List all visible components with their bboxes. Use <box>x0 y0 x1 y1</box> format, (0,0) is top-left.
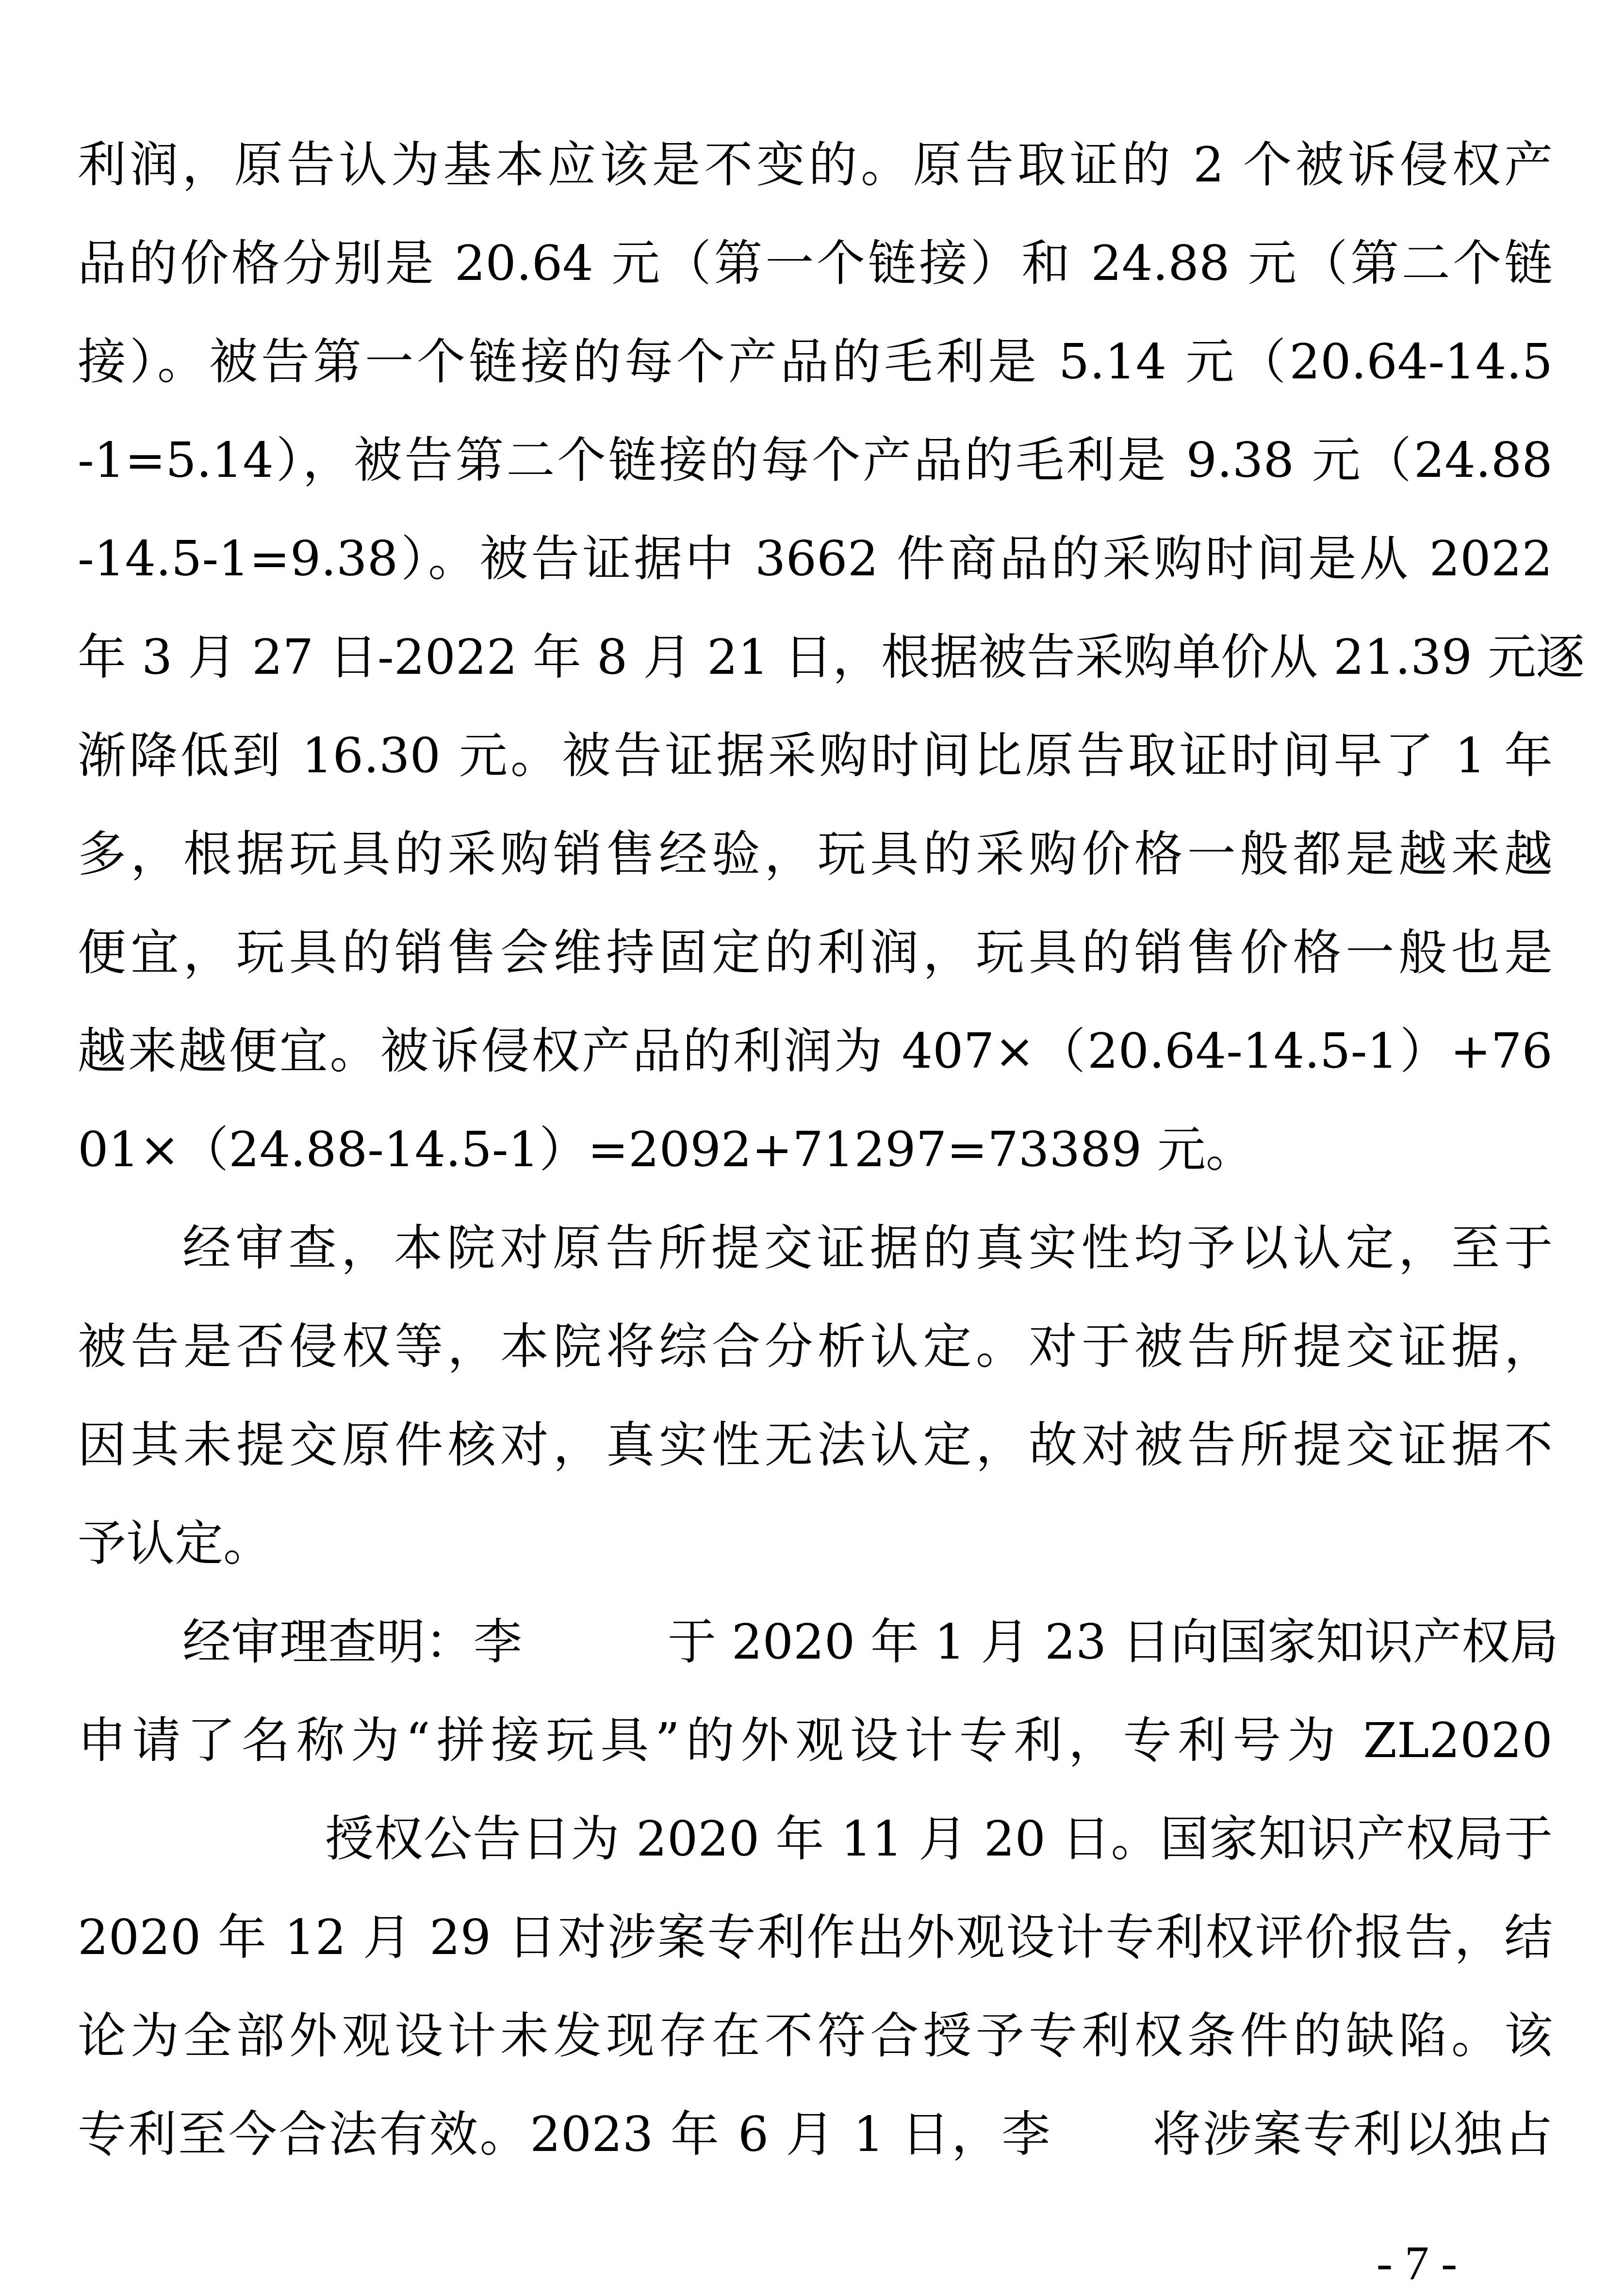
document-page: 利润，原告认为基本应该是不变的。原告取证的 2 个被诉侵权产 品的价格分别是 2… <box>0 0 1624 2296</box>
text-line: 专利至今合法有效。2023 年 6 月 1 日，李 将涉案专利以独占 <box>78 2085 1553 2183</box>
text-line: 越来越便宜。被诉侵权产品的利润为 407×（20.64-14.5-1）+76 <box>78 1002 1553 1100</box>
text-line: 经审理查明：李 于 2020 年 1 月 23 日向国家知识产权局 <box>78 1593 1553 1691</box>
text-line: 论为全部外观设计未发现存在不符合授予专利权条件的缺陷。该 <box>78 1987 1553 2085</box>
text-line: 经审查，本院对原告所提交证据的真实性均予以认定，至于 <box>78 1199 1553 1297</box>
text-line: 予认定。 <box>78 1494 1553 1593</box>
text-line: 被告是否侵权等，本院将综合分析认定。对于被告所提交证据， <box>78 1297 1553 1396</box>
paragraph-court-evidence-review: 经审查，本院对原告所提交证据的真实性均予以认定，至于 被告是否侵权等，本院将综合… <box>78 1199 1553 1593</box>
text-line: 多，根据玩具的采购销售经验，玩具的采购价格一般都是越来越 <box>78 805 1553 903</box>
text-line: -1=5.14），被告第二个链接的每个产品的毛利是 9.38 元（24.88 <box>78 411 1553 509</box>
text-line: 01×（24.88-14.5-1）=2092+71297=73389 元。 <box>78 1100 1553 1199</box>
text-line: 品的价格分别是 20.64 元（第一个链接）和 24.88 元（第二个链 <box>78 214 1553 312</box>
page-number: - 7 - <box>1359 2236 1475 2290</box>
text-line: 便宜，玩具的销售会维持固定的利润，玩具的销售价格一般也是 <box>78 903 1553 1002</box>
text-line: 接）。被告第一个链接的每个产品的毛利是 5.14 元（20.64-14.5 <box>78 312 1553 411</box>
paragraph-court-findings: 经审理查明：李 于 2020 年 1 月 23 日向国家知识产权局 申请了名称为… <box>78 1593 1553 2183</box>
text-line: 因其未提交原件核对，真实性无法认定，故对被告所提交证据不 <box>78 1396 1553 1494</box>
text-line: 利润，原告认为基本应该是不变的。原告取证的 2 个被诉侵权产 <box>78 115 1553 214</box>
text-line: 2020 年 12 月 29 日对涉案专利作出外观设计专利权评价报告，结 <box>78 1888 1553 1987</box>
paragraph-profit-calculation: 利润，原告认为基本应该是不变的。原告取证的 2 个被诉侵权产 品的价格分别是 2… <box>78 115 1553 1199</box>
document-body: 利润，原告认为基本应该是不变的。原告取证的 2 个被诉侵权产 品的价格分别是 2… <box>78 115 1553 2183</box>
text-line: 申请了名称为“拼接玩具”的外观设计专利，专利号为 ZL2020 <box>78 1691 1553 1790</box>
text-line: 年 3 月 27 日-2022 年 8 月 21 日，根据被告采购单价从 21.… <box>78 608 1553 706</box>
text-line: -14.5-1=9.38）。被告证据中 3662 件商品的采购时间是从 2022 <box>78 509 1553 608</box>
text-line: 授权公告日为 2020 年 11 月 20 日。国家知识产权局于 <box>78 1790 1553 1888</box>
text-line: 渐降低到 16.30 元。被告证据采购时间比原告取证时间早了 1 年 <box>78 706 1553 805</box>
